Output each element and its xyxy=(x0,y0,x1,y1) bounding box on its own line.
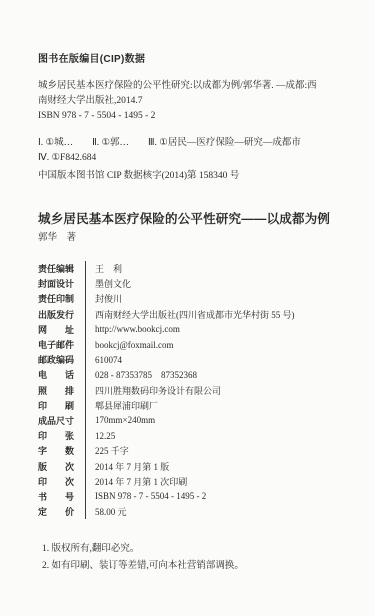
book-title: 城乡居民基本医疗保险的公平性研究——以成都为例 xyxy=(38,211,351,228)
publication-info-value: ISBN 978 - 7 - 5504 - 1495 - 2 xyxy=(85,489,206,504)
cip-record-number: 中国版本图书馆 CIP 数据核字(2014)第 158340 号 xyxy=(38,169,351,184)
publication-info-row: 书 号ISBN 978 - 7 - 5504 - 1495 - 2 xyxy=(38,489,351,504)
publication-info-value: 58.00 元 xyxy=(85,504,127,519)
cip-description-line: 城乡居民基本医疗保险的公平性研究:以成都为例/郭华著. —成都:西 xyxy=(38,79,351,94)
publication-info-label: 责任编辑 xyxy=(38,261,78,276)
publication-info-value: 2014 年 7 月第 1 版 xyxy=(85,458,169,473)
publication-info-label: 印 次 xyxy=(38,474,78,489)
publication-info-label: 网 址 xyxy=(38,322,78,337)
publication-info-row: 印 刷郫县犀浦印刷厂 xyxy=(38,398,351,413)
publication-info-value: 225 千字 xyxy=(85,443,129,458)
publication-info-row: 字 数225 千字 xyxy=(38,443,351,458)
publication-info-label: 版 次 xyxy=(38,458,78,473)
publication-info-row: 封面设计墨创文化 xyxy=(38,276,351,291)
publication-info-row: 版 次2014 年 7 月第 1 版 xyxy=(38,458,351,473)
publication-info-value: 610074 xyxy=(85,352,122,367)
publication-info-value: 2014 年 7 月第 1 次印刷 xyxy=(85,474,187,489)
cip-classification: Ⅰ. ①城… Ⅱ. ①郭… Ⅲ. ①居民—医疗保险—研究—成都市 Ⅳ. ①F84… xyxy=(38,136,351,166)
publication-info-row: 电 话028 - 87353785 87352368 xyxy=(38,367,351,382)
publication-info-label: 成品尺寸 xyxy=(38,413,78,428)
publication-info-value: 西南财经大学出版社(四川省成都市光华村街 55 号) xyxy=(85,307,295,322)
publication-info-label: 书 号 xyxy=(38,489,78,504)
publication-info-row: 印 张12.25 xyxy=(38,428,351,443)
cip-classification-line: Ⅰ. ①城… Ⅱ. ①郭… Ⅲ. ①居民—医疗保险—研究—成都市 xyxy=(38,136,351,151)
cip-description-line: ISBN 978 - 7 - 5504 - 1495 - 2 xyxy=(38,109,351,124)
publication-info-value: http://www.bookcj.com xyxy=(85,322,180,337)
cip-description: 城乡居民基本医疗保险的公平性研究:以成都为例/郭华著. —成都:西 南财经大学出… xyxy=(38,79,351,124)
note-line: 2. 如有印刷、装订等差错,可向本社营销部调换。 xyxy=(42,558,351,575)
publication-info-row: 定 价58.00 元 xyxy=(38,504,351,519)
publication-info-value: 墨创文化 xyxy=(85,276,131,291)
publication-info-value: bookcj@foxmail.com xyxy=(85,337,174,352)
publication-info-label: 印 张 xyxy=(38,428,78,443)
publication-info-row: 责任印制封俊川 xyxy=(38,291,351,306)
copyright-page: 图书在版编目(CIP)数据 城乡居民基本医疗保险的公平性研究:以成都为例/郭华著… xyxy=(0,0,375,616)
cip-header: 图书在版编目(CIP)数据 xyxy=(38,50,351,65)
publication-info-row: 网 址http://www.bookcj.com xyxy=(38,322,351,337)
publication-info-label: 电子邮件 xyxy=(38,337,78,352)
publication-info-row: 责任编辑王 利 xyxy=(38,261,351,276)
publication-info-value: 封俊川 xyxy=(85,291,122,306)
publication-info-label: 定 价 xyxy=(38,504,78,519)
publication-info-value: 170mm×240mm xyxy=(85,413,155,428)
publication-info-row: 照 排四川胜翔数码印务设计有限公司 xyxy=(38,383,351,398)
publication-info-label: 印 刷 xyxy=(38,398,78,413)
publication-info-row: 电子邮件bookcj@foxmail.com xyxy=(38,337,351,352)
publication-info-value: 028 - 87353785 87352368 xyxy=(85,367,197,382)
publication-info-label: 电 话 xyxy=(38,367,78,382)
publication-info-value: 四川胜翔数码印务设计有限公司 xyxy=(85,383,221,398)
book-author: 郭华 著 xyxy=(38,231,351,245)
publication-info-label: 邮政编码 xyxy=(38,352,78,367)
publication-info-row: 邮政编码610074 xyxy=(38,352,351,367)
cip-classification-line: Ⅳ. ①F842.684 xyxy=(38,151,351,166)
cip-description-line: 南财经大学出版社,2014.7 xyxy=(38,94,351,109)
publication-info-label: 责任印制 xyxy=(38,291,78,306)
publication-info-table: 责任编辑王 利封面设计墨创文化责任印制封俊川出版发行西南财经大学出版社(四川省成… xyxy=(38,261,351,519)
note-line: 1. 版权所有,翻印必究。 xyxy=(42,541,351,558)
publication-info-row: 出版发行西南财经大学出版社(四川省成都市光华村街 55 号) xyxy=(38,307,351,322)
publication-info-label: 照 排 xyxy=(38,383,78,398)
publication-info-row: 成品尺寸170mm×240mm xyxy=(38,413,351,428)
notes: 1. 版权所有,翻印必究。 2. 如有印刷、装订等差错,可向本社营销部调换。 xyxy=(42,541,351,575)
publication-info-label: 字 数 xyxy=(38,443,78,458)
publication-info-label: 封面设计 xyxy=(38,276,78,291)
publication-info-value: 12.25 xyxy=(85,428,115,443)
publication-info-value: 王 利 xyxy=(85,261,122,276)
publication-info-row: 印 次2014 年 7 月第 1 次印刷 xyxy=(38,474,351,489)
publication-info-value: 郫县犀浦印刷厂 xyxy=(85,398,158,413)
publication-info-label: 出版发行 xyxy=(38,307,78,322)
